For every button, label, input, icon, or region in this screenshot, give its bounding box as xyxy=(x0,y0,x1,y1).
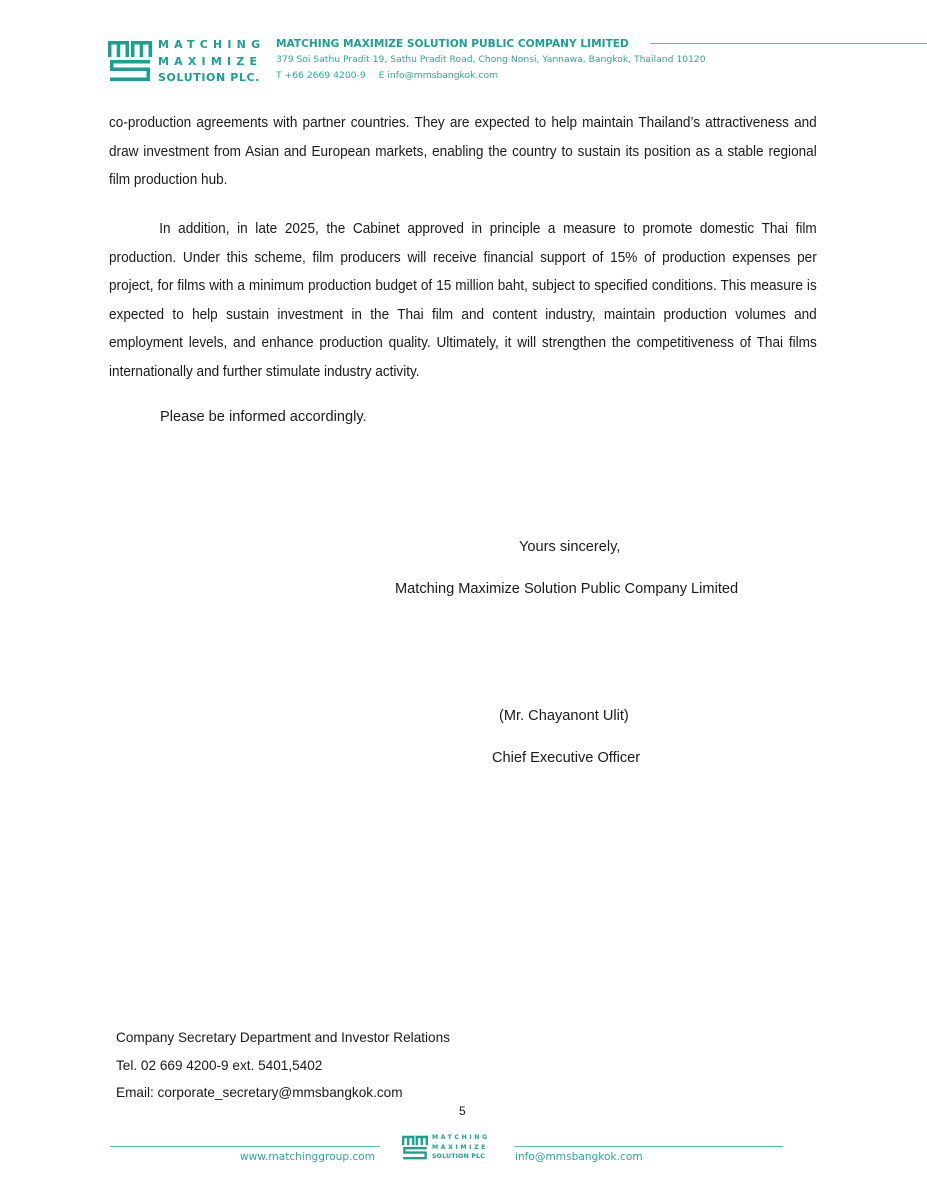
logo-word-matching: MATCHING xyxy=(158,36,265,53)
header-address: 379 Soi Sathu Pradit 19, Sathu Pradit Ro… xyxy=(276,52,706,68)
footer-divider-left xyxy=(110,1146,380,1147)
signature-company: Matching Maximize Solution Public Compan… xyxy=(395,581,738,597)
footer-logo-word-solution: SOLUTION PLC xyxy=(432,1152,490,1161)
header-phone: T +66 2669 4200-9 xyxy=(276,70,366,81)
logo-wordmark: MATCHING MAXIMIZE SOLUTION PLC. xyxy=(158,36,265,85)
footer-logo-word-maximize: MAXIMIZE xyxy=(432,1143,490,1153)
contact-block: Company Secretary Department and Investo… xyxy=(116,1024,450,1107)
mms-logo-icon xyxy=(402,1133,428,1161)
signature-salutation: Yours sincerely, xyxy=(519,539,620,555)
closing-line: Please be informed accordingly. xyxy=(160,409,367,425)
body-paragraph-2: In addition, in late 2025, the Cabinet a… xyxy=(109,215,817,387)
contact-department: Company Secretary Department and Investo… xyxy=(116,1024,450,1052)
header-divider xyxy=(650,43,927,44)
mms-logo-icon xyxy=(108,38,152,82)
footer-divider-right xyxy=(515,1146,783,1147)
header-company-name: MATCHING MAXIMIZE SOLUTION PUBLIC COMPAN… xyxy=(276,36,706,52)
letterhead: MATCHING MAXIMIZE SOLUTION PLC. MATCHING… xyxy=(108,36,798,86)
header-contact: T +66 2669 4200-9 E info@mmsbangkok.com xyxy=(276,68,706,84)
signatory-title: Chief Executive Officer xyxy=(492,750,640,766)
footer-website-link[interactable]: www.matchinggroup.com xyxy=(240,1151,375,1163)
footer-logo-wordmark: MATCHING MAXIMIZE SOLUTION PLC xyxy=(432,1133,490,1161)
logo-word-solution: SOLUTION PLC. xyxy=(158,70,265,85)
footer-logo: MATCHING MAXIMIZE SOLUTION PLC xyxy=(402,1133,494,1163)
contact-email: Email: corporate_secretary@mmsbangkok.co… xyxy=(116,1079,450,1107)
header-email: E info@mmsbangkok.com xyxy=(379,70,498,81)
page-number: 5 xyxy=(459,1104,466,1118)
signatory-name: (Mr. Chayanont Ulit) xyxy=(499,708,629,724)
footer-email-link[interactable]: info@mmsbangkok.com xyxy=(515,1151,643,1163)
logo-word-maximize: MAXIMIZE xyxy=(158,53,265,70)
footer-logo-word-matching: MATCHING xyxy=(432,1133,490,1143)
header-info: MATCHING MAXIMIZE SOLUTION PUBLIC COMPAN… xyxy=(276,36,706,84)
contact-tel: Tel. 02 669 4200-9 ext. 5401,5402 xyxy=(116,1052,450,1080)
body-paragraph-1: co-production agreements with partner co… xyxy=(109,109,817,195)
